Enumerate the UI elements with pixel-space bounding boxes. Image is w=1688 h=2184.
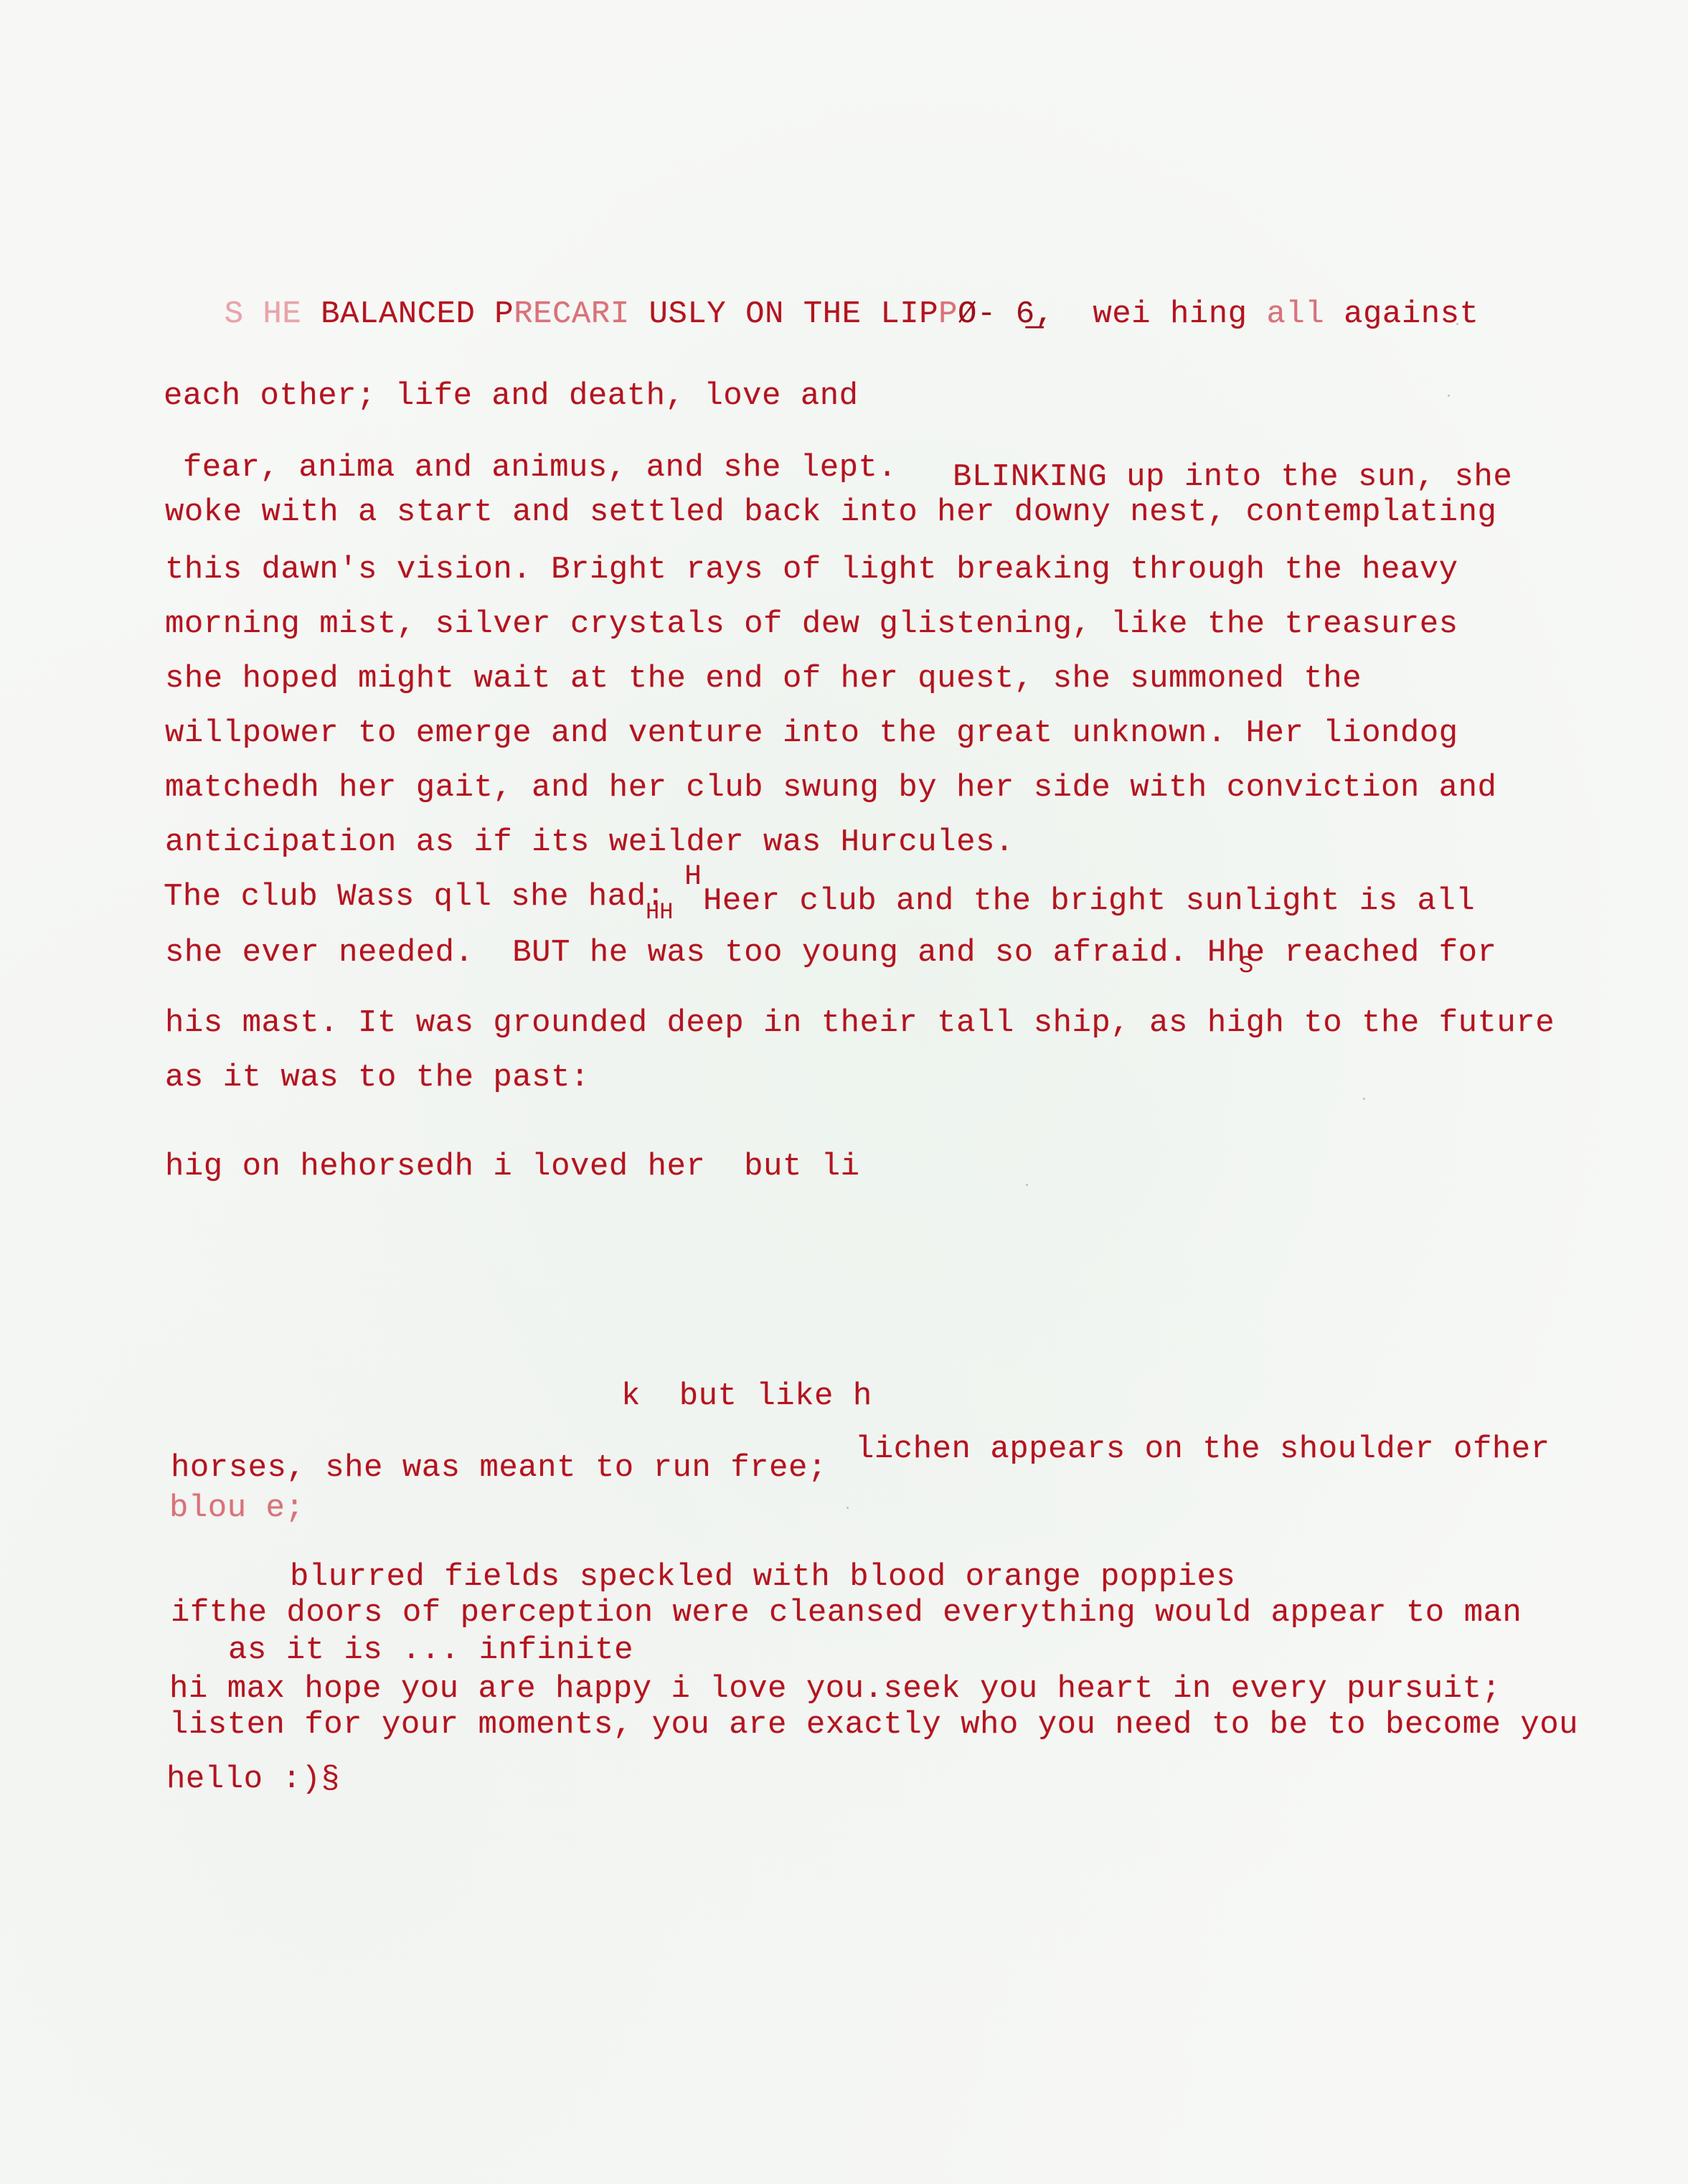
- text-fragment: BALANCED P: [301, 296, 514, 332]
- text-line: woke with a start and settled back into …: [165, 496, 1496, 528]
- text-line: as it is ... infinite: [228, 1634, 633, 1666]
- text-line: anticipation as if its weilder was Hurcu…: [165, 827, 1014, 858]
- text-line: horses, she was meant to run free;: [171, 1452, 827, 1484]
- text-line: fear, anima and animus, and she lept.: [164, 452, 897, 484]
- text-line: this dawn's vision. Bright rays of light…: [165, 554, 1458, 585]
- text-line: matchedh her gait, and her club swung by…: [165, 772, 1496, 804]
- text-fragment: wei hing: [1055, 296, 1267, 332]
- text-line: each other; life and death, love and: [164, 380, 859, 412]
- typewritten-page: S HE BALANCED PRECARI USLY ON THE LIPPØ-…: [0, 0, 1688, 2184]
- text-line: morning mist, silver crystals of dew gli…: [165, 608, 1458, 640]
- text-line: ifthe doors of perception were cleansed …: [171, 1597, 1522, 1629]
- text-fragment: Ø- 6̲,: [958, 296, 1055, 332]
- text-fragment: S HE: [225, 296, 302, 332]
- text-line: she ever needed. BUT he was too young an…: [165, 937, 1496, 969]
- text-line: willpower to emerge and venture into the…: [165, 717, 1458, 749]
- text-line: k but like h: [621, 1380, 872, 1412]
- text-fragment: P: [938, 296, 958, 332]
- paper-speck: [847, 1507, 849, 1509]
- overstrike-s-below: S: [1239, 954, 1253, 979]
- text-fragment: against: [1324, 296, 1479, 332]
- text-line: his mast. It was grounded deep in their …: [165, 1007, 1555, 1039]
- text-fragment: USLY ON THE LIP: [630, 296, 938, 332]
- paper-speck: [1456, 323, 1458, 325]
- text-line: The club Wass qll she had:: [164, 881, 666, 913]
- text-fragment: all: [1267, 296, 1325, 332]
- paper-speck: [1026, 1184, 1028, 1186]
- text-line: lichen appears on the shoulder ofher: [855, 1434, 1550, 1465]
- paper-speck: [1363, 1098, 1365, 1100]
- overstrike-h-above: H: [684, 863, 702, 892]
- paper-speck: [1448, 395, 1450, 397]
- text-line: listen for your moments, you are exactly…: [169, 1709, 1578, 1741]
- text-line: hello :)§: [166, 1764, 340, 1795]
- text-line: as it was to the past:: [165, 1062, 590, 1093]
- text-line: blou e;: [169, 1492, 304, 1524]
- text-fragment: RECARI: [514, 296, 629, 332]
- text-line: blurred fields speckled with blood orang…: [290, 1561, 1235, 1593]
- text-line: BLINKING up into the sun, she: [953, 461, 1512, 493]
- heading-line: S HE BALANCED PRECARI USLY ON THE LIPPØ-…: [147, 267, 1479, 362]
- overstrike-hh-below: HH: [646, 901, 673, 924]
- text-line: Heer club and the bright sunlight is all: [703, 885, 1475, 917]
- text-line: hi max hope you are happy i love you.see…: [169, 1673, 1501, 1705]
- text-line: hig on hehorsedh i loved her but li: [165, 1151, 860, 1182]
- text-line: she hoped might wait at the end of her q…: [165, 663, 1362, 695]
